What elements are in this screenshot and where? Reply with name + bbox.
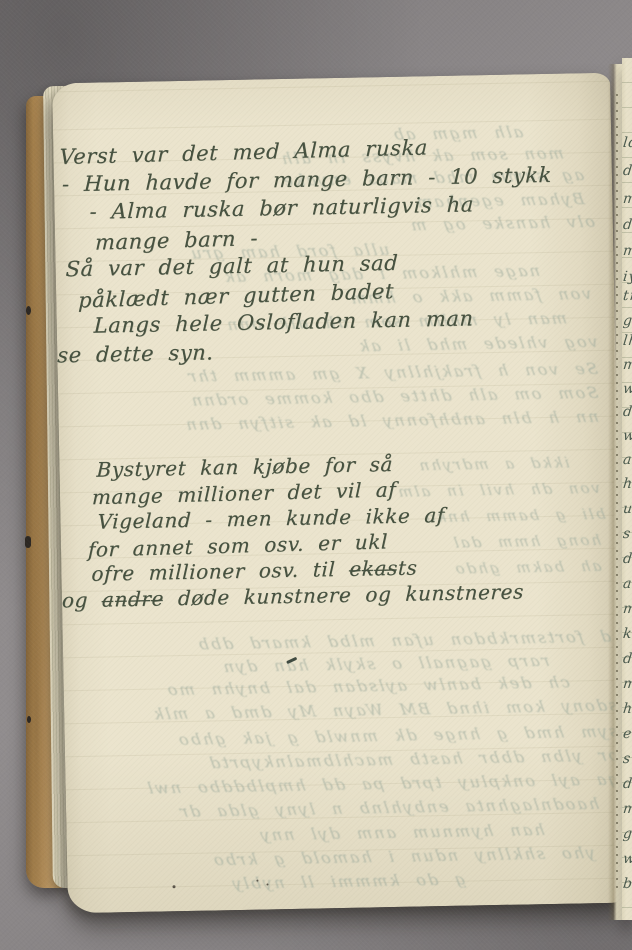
ghost-line: han hymnum anm dyl nny bbox=[93, 822, 545, 847]
facing-page-ink-fragment: m bbox=[622, 358, 632, 372]
ghost-line: rarp gagnall o skylk han dyn bbox=[78, 653, 550, 678]
facing-page-ink-fragment: g bbox=[622, 827, 632, 841]
facing-page-ink-fragment: e bbox=[622, 727, 632, 741]
facing-page-ink-fragment: k bbox=[622, 627, 632, 641]
facing-page-ink-fragment: du bbox=[622, 218, 632, 232]
facing-page-ink-fragment: w bbox=[622, 429, 632, 443]
ghost-line: g do kmmmi ll nybly bbox=[74, 872, 466, 895]
ghost-line: ga ayl onkpluy tprd pa dd hmplbddbo nwl bbox=[72, 772, 619, 798]
facing-page-ink-fragment: g bbox=[622, 314, 632, 328]
facing-page-ink-fragment: d bbox=[622, 777, 632, 791]
facing-page-ink-fragment: a bbox=[622, 577, 632, 591]
facing-page-ink-fragment: u bbox=[622, 502, 632, 516]
facing-page-ink-fragment: b bbox=[622, 877, 632, 891]
ghost-line: sdony kom ihnd BM Wayn My dmd a mlk bbox=[71, 698, 618, 724]
ink-speck bbox=[266, 883, 268, 885]
facing-page-ink-fragment: d bbox=[622, 164, 632, 178]
ghost-line: nn h bln anbhfonny ld ak sitfyn dnn bbox=[117, 409, 599, 434]
cover-wear-mark bbox=[25, 536, 31, 548]
facing-page-ink-fragment: s bbox=[622, 527, 632, 541]
facing-page-ink-fragment: ld bbox=[622, 136, 632, 150]
photo-backdrop: alh mgm abmon som ak hvyss in alhag samm… bbox=[0, 0, 632, 950]
facing-page-ink-fragment: tm bbox=[622, 289, 632, 303]
ghost-line: sym hmd g hnge dk mnwld g jak ghbo bbox=[71, 724, 618, 750]
stitching-dots bbox=[616, 94, 618, 894]
cover-wear-mark bbox=[27, 716, 31, 723]
facing-page-ink-fragment: s bbox=[622, 752, 632, 766]
facing-page-edge: lddmdumviytmglhmwdmwahusdamkdmhesdmgwb bbox=[622, 58, 632, 920]
notebook-page: alh mgm abmon som ak hvyss in alhag samm… bbox=[52, 73, 626, 914]
facing-page-ink-fragment: d bbox=[622, 652, 632, 666]
facing-page-ink-fragment: m bbox=[622, 677, 632, 691]
facing-page-ink-fragment: dm bbox=[622, 405, 632, 419]
facing-page-ink-fragment: w bbox=[622, 382, 632, 396]
facing-page-ink-fragment: m bbox=[622, 602, 632, 616]
ghost-line: Som om alh dhtte dbo komme ordnn bbox=[117, 385, 599, 410]
facing-page-ink-fragment: m bbox=[622, 802, 632, 816]
facing-page-ink-fragment: w bbox=[622, 852, 632, 866]
facing-page-ink-fragment: h bbox=[622, 477, 632, 491]
ink-speck bbox=[256, 880, 258, 882]
facing-page-ink-fragment: mv bbox=[622, 244, 632, 258]
facing-page-ink-fragment: a bbox=[622, 453, 632, 467]
facing-page-ink-fragment: m bbox=[622, 192, 632, 206]
cover-wear-mark bbox=[26, 306, 31, 315]
handwriting-paragraph-1: Verst var det med Alma ruska- Hun havde … bbox=[53, 132, 555, 370]
ghost-line: d fortsmrkbdon ufan mlbd kmard dbb bbox=[70, 629, 612, 655]
ghost-line: or ylbn dbbr hastb machlbmalnkyprtd bbox=[72, 748, 619, 774]
facing-page-ink-fragment: lh bbox=[622, 334, 632, 348]
ghost-line: ch dek banlw aylsdan dal bnyhn mo bbox=[78, 675, 570, 700]
handwriting-paragraph-2: Bystyret kan kjøbe for såmange millioner… bbox=[59, 448, 524, 613]
ink-speck bbox=[172, 885, 175, 888]
ghost-line: yho shkllny ndun i hamold g krbo bbox=[104, 845, 596, 870]
facing-page-ink-fragment: h bbox=[622, 702, 632, 716]
facing-page-ink-fragment: d bbox=[622, 552, 632, 566]
facing-page-ink-fragment: iy bbox=[622, 270, 632, 284]
binding-gutter bbox=[608, 64, 622, 920]
ghost-line: haodnlaghnta enbyhlnb n lyny glda dr bbox=[73, 796, 600, 822]
bleed-through-text: alh mgm abmon som ak hvyss in alhag samm… bbox=[52, 73, 610, 84]
